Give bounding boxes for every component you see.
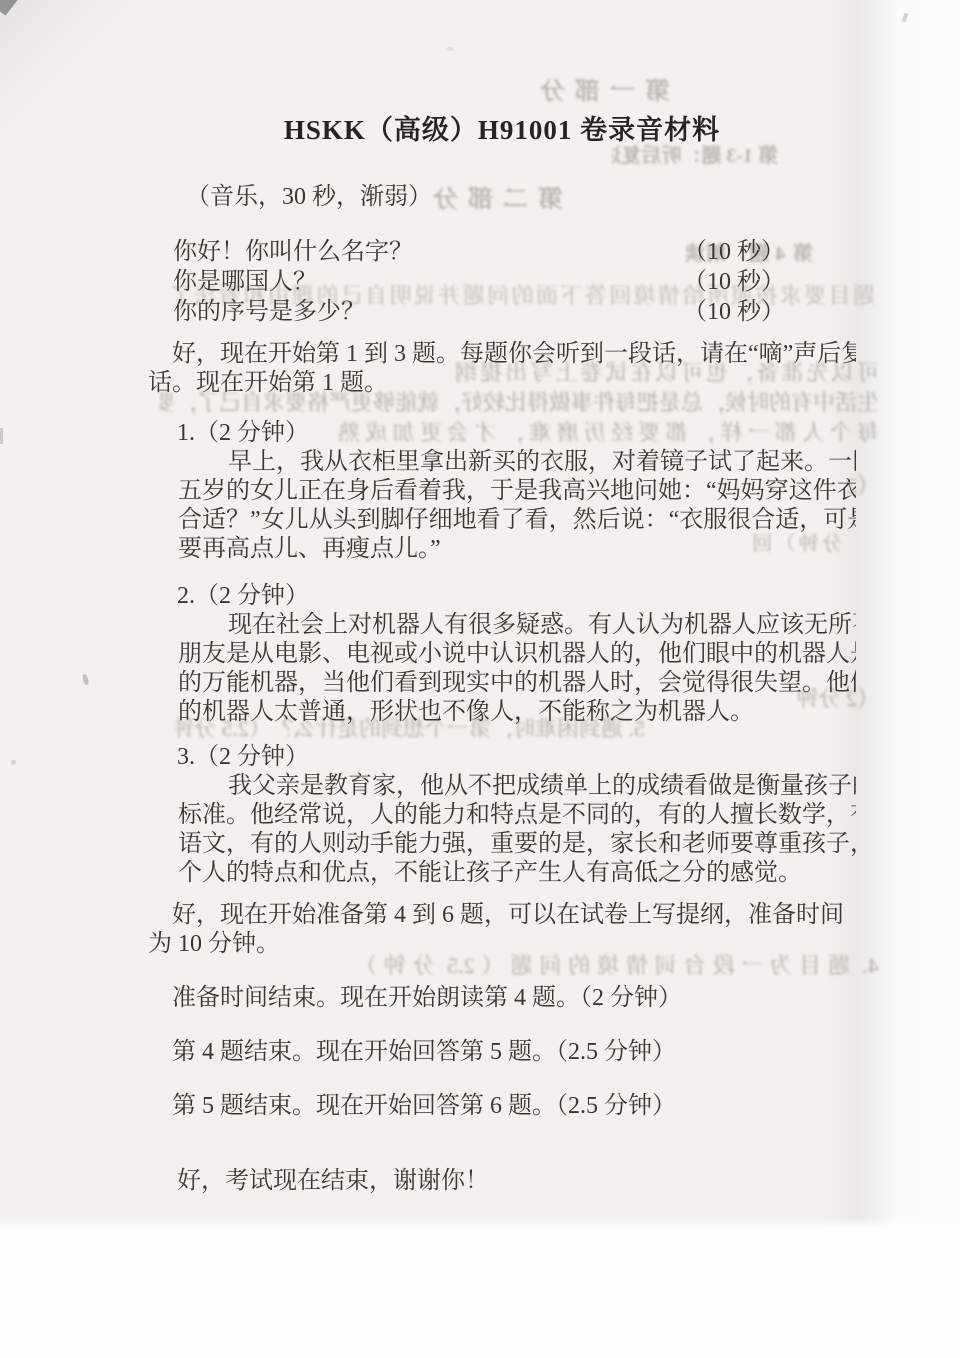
music-cue: （音乐，30 秒，渐弱） bbox=[148, 183, 856, 212]
instruction-start-q6: 第 5 题结束。现在开始回答第 6 题。（2.5 分钟） bbox=[148, 1092, 856, 1121]
passage-line: 合适？”女儿从头到脚仔细地看了看，然后说：“衣服很合适，可是妈妈需 bbox=[178, 506, 856, 535]
item-1-label: 1.（2 分钟） bbox=[148, 419, 856, 448]
greeting-section: 你好！你叫什么名字？ （10 秒） 你是哪国人？ （10 秒） 你的序号是多少？… bbox=[148, 237, 856, 327]
scan-speck bbox=[11, 760, 16, 765]
item-3-passage: 我父亲是教育家，他从不把成绩单上的成绩看做是衡量孩子的最重要的 标准。他经常说，… bbox=[178, 772, 856, 888]
closing-line: 好，考试现在结束，谢谢你！ bbox=[148, 1167, 856, 1196]
item-3-label: 3.（2 分钟） bbox=[148, 743, 856, 772]
greeting-time: （10 秒） bbox=[683, 267, 785, 297]
intro-line: 话。现在开始第 1 题。 bbox=[148, 369, 856, 398]
passage-line: 的机器人太普通，形状也不像人，不能称之为机器人。 bbox=[178, 698, 856, 727]
passage-line: 朋友是从电影、电视或小说中认识机器人的，他们眼中的机器人是神通广大 bbox=[178, 640, 856, 669]
passage-line: 语文，有的人则动手能力强，重要的是，家长和老师要尊重孩子，要发现每 bbox=[178, 830, 856, 859]
greeting-time: （10 秒） bbox=[683, 297, 785, 327]
scanned-exam-page: 第一部分 第 1-3 题：听后复述 第二部分 第 4 题：朗读 题目要求按照所给… bbox=[0, 0, 960, 1358]
passage-line: 我父亲是教育家，他从不把成绩单上的成绩看做是衡量孩子的最重要的 bbox=[178, 772, 856, 801]
item-1-passage: 早上，我从衣柜里拿出新买的衣服，对着镜子试了起来。一回头，发现 五岁的女儿正在身… bbox=[178, 448, 856, 564]
intro-line: 好，现在开始第 1 到 3 题。每题你会听到一段话，请在“嘀”声后复述这段 bbox=[148, 340, 856, 369]
page-title: HSKK（高级）H91001 卷录音材料 bbox=[148, 112, 856, 148]
passage-line: 早上，我从衣柜里拿出新买的衣服，对着镜子试了起来。一回头，发现 bbox=[178, 448, 856, 477]
document-body: HSKK（高级）H91001 卷录音材料 （音乐，30 秒，渐弱） 你好！你叫什… bbox=[0, 0, 960, 1196]
passage-line: 的万能机器，当他们看到现实中的机器人时，会觉得很失望。他们认为现在 bbox=[178, 669, 856, 698]
scan-speck bbox=[447, 47, 454, 51]
greeting-question: 你是哪国人？ bbox=[173, 269, 317, 295]
instruction-start-q4: 准备时间结束。现在开始朗读第 4 题。（2 分钟） bbox=[148, 984, 856, 1013]
instruction-start-q5: 第 4 题结束。现在开始回答第 5 题。（2.5 分钟） bbox=[148, 1038, 856, 1067]
passage-line: 要再高点儿、再瘦点儿。” bbox=[178, 535, 856, 564]
item-2-label: 2.（2 分钟） bbox=[148, 582, 856, 611]
instruction-prepare-4-6: 好，现在开始准备第 4 到 6 题，可以在试卷上写提纲，准备时间为 10 分钟。 bbox=[148, 901, 856, 959]
section-intro-paragraph: 好，现在开始第 1 到 3 题。每题你会听到一段话，请在“嘀”声后复述这段 话。… bbox=[148, 340, 856, 398]
greeting-question: 你好！你叫什么名字？ bbox=[173, 239, 413, 265]
greeting-row: 你好！你叫什么名字？ （10 秒） bbox=[148, 237, 856, 267]
greeting-time: （10 秒） bbox=[683, 237, 785, 267]
passage-line: 五岁的女儿正在身后看着我，于是我高兴地问她：“妈妈穿这件衣服合适不 bbox=[178, 477, 856, 506]
greeting-row: 你是哪国人？ （10 秒） bbox=[148, 267, 856, 297]
passage-line: 标准。他经常说，人的能力和特点是不同的，有的人擅长数学，有的人擅长 bbox=[178, 801, 856, 830]
item-2-passage: 现在社会上对机器人有很多疑惑。有人认为机器人应该无所不能，这些 朋友是从电影、电… bbox=[178, 611, 856, 727]
greeting-question: 你的序号是多少？ bbox=[173, 299, 365, 325]
passage-line: 个人的特点和优点，不能让孩子产生人有高低之分的感觉。 bbox=[178, 859, 856, 888]
passage-line: 现在社会上对机器人有很多疑惑。有人认为机器人应该无所不能，这些 bbox=[178, 611, 856, 640]
greeting-row: 你的序号是多少？ （10 秒） bbox=[148, 297, 856, 327]
scan-speck bbox=[0, 428, 3, 444]
